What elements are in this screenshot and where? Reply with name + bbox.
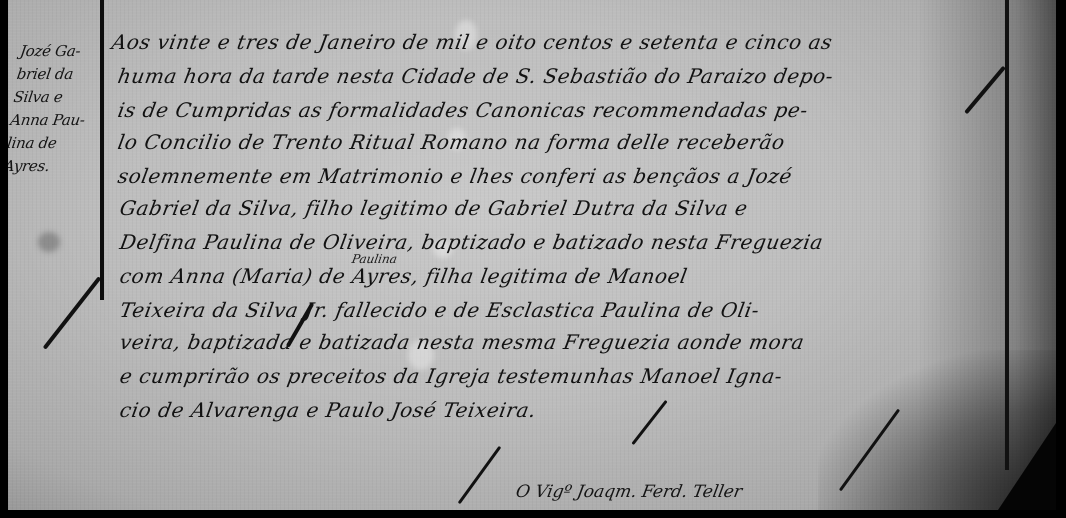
- body-line: cio de Alvarenga e Paulo José Teixeira.: [118, 398, 538, 422]
- scan-bottom-edge: [0, 510, 1066, 518]
- body-line: lo Concilio de Trento Ritual Romano na f…: [116, 130, 787, 154]
- body-line: com Anna (Maria) de Ayres, filha legitim…: [118, 264, 689, 288]
- margin-note-line: Silva e: [12, 86, 99, 109]
- right-rule-line: [1005, 0, 1009, 470]
- body-line: huma hora da tarde nesta Cidade de S. Se…: [116, 64, 835, 88]
- pen-flourish: [839, 409, 900, 492]
- scan-left-edge: [0, 0, 8, 518]
- pen-flourish: [43, 276, 102, 349]
- body-line: Teixeira da Silva Jr. fallecido e de Esc…: [118, 298, 761, 322]
- body-line: Delfina Paulina de Oliveira, baptizado e…: [118, 230, 825, 254]
- scan-right-edge: [1056, 0, 1066, 518]
- body-line: Aos vinte e tres de Janeiro de mil e oit…: [110, 30, 834, 54]
- body-line: Gabriel da Silva, filho legitimo de Gabr…: [118, 196, 750, 220]
- body-line: is de Cumpridas as formalidades Canonica…: [116, 98, 810, 122]
- margin-note-line: Anna Pau-: [9, 109, 96, 132]
- pen-flourish: [631, 400, 667, 445]
- margin-note-line: Ayres.: [8, 155, 90, 178]
- margin-note-line: Jozé Ga-: [18, 40, 105, 63]
- margin-note-line: briel da: [15, 63, 102, 86]
- margin-note-line: lina de: [8, 132, 93, 155]
- pen-flourish: [458, 446, 502, 504]
- pen-flourish: [964, 66, 1006, 115]
- torn-corner: [998, 420, 1058, 510]
- body-line: solemnemente em Matrimonio e lhes confer…: [116, 164, 794, 188]
- body-line: e cumprirão os preceitos da Igreja teste…: [118, 364, 785, 388]
- paper-stain: [38, 232, 60, 252]
- margin-annotation: Jozé Ga- briel da Silva e Anna Pau- lina…: [8, 40, 106, 178]
- document-page: Jozé Ga- briel da Silva e Anna Pau- lina…: [8, 0, 1058, 510]
- vicar-signature: O Vigº Joaqm. Ferd. Teller: [514, 482, 743, 502]
- body-line: veira, baptizada e batizada nesta mesma …: [118, 330, 806, 354]
